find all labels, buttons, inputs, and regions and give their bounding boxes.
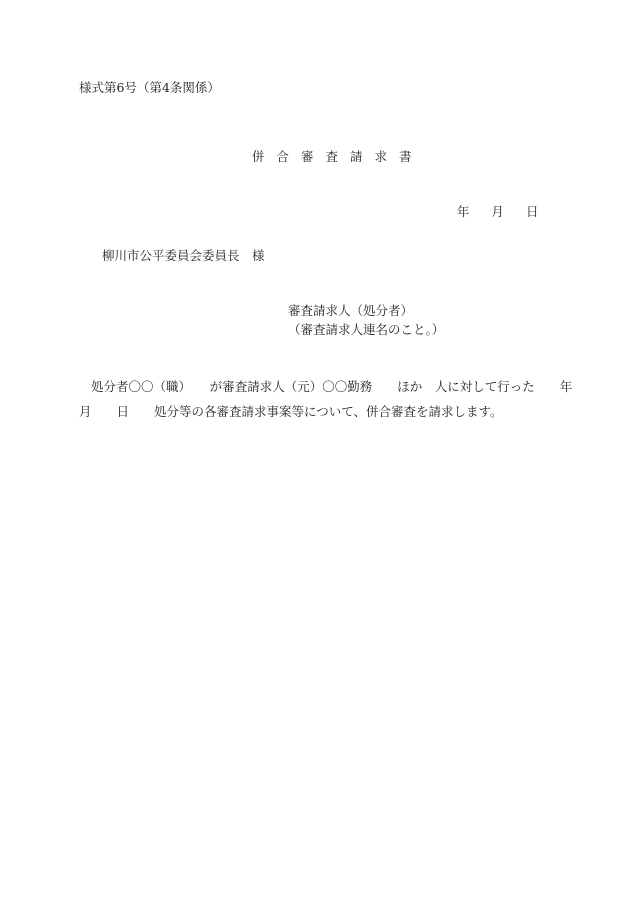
- body-text-line-1: 処分者〇〇（職） が審査請求人（元）〇〇勤務 ほか 人に対して行った 年: [91, 381, 572, 394]
- title-char: 合: [276, 151, 289, 164]
- day-label: 日: [526, 206, 539, 219]
- body-text-line-2: 月 日 処分等の各審査請求事案等について、併合審査を請求します。: [79, 406, 503, 419]
- title-char: 審: [301, 151, 314, 164]
- addressee: 柳川市公平委員会委員長 様: [102, 250, 265, 263]
- requester-label: 審査請求人（処分者）: [288, 305, 413, 318]
- document-title: 併合審査請求書: [236, 138, 424, 176]
- year-label: 年: [457, 206, 470, 219]
- title-char: 請: [350, 151, 363, 164]
- title-char: 査: [325, 151, 338, 164]
- title-char: 求: [374, 151, 387, 164]
- requester-note: （審査請求人連名のこと。）: [288, 324, 444, 337]
- title-char: 併: [252, 151, 265, 164]
- title-char: 書: [399, 151, 412, 164]
- month-label: 月: [491, 206, 504, 219]
- date-line: 年月日: [441, 193, 538, 231]
- form-number: 様式第6号（第4条関係）: [79, 82, 220, 95]
